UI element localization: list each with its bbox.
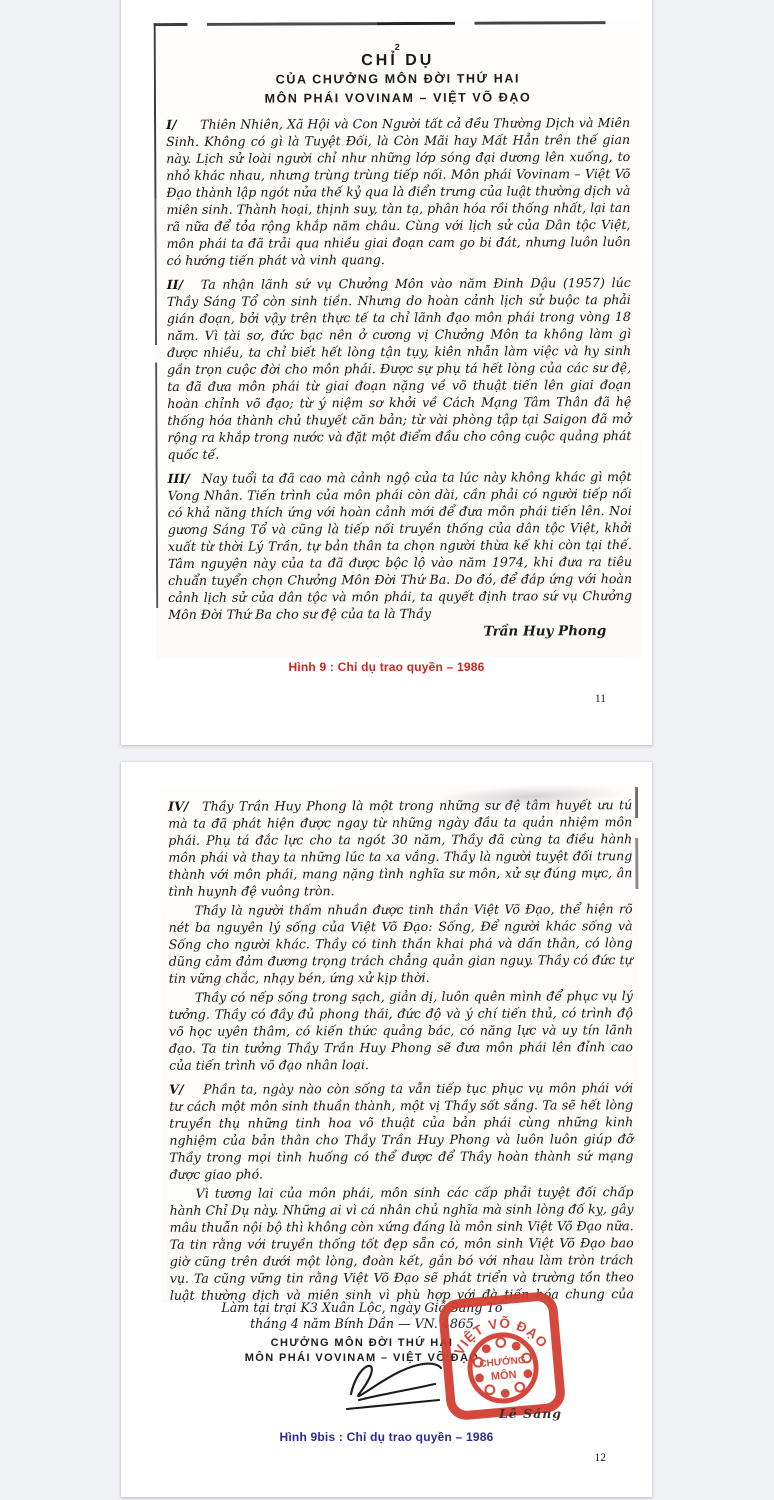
handwritten-paragraph-IV: IV/Thầy Trần Huy Phong là một trong nhữn…	[168, 796, 632, 900]
stamp-signed-name: Lê Sáng	[499, 1406, 562, 1421]
scanned-letter-page-2: IV/Thầy Trần Huy Phong là một trong nhữn…	[160, 785, 640, 1303]
stamp-center-line2: MÔN	[490, 1368, 517, 1383]
handwritten-paragraph-I: I/Thiên Nhiên, Xã Hội và Con Người tất c…	[166, 114, 631, 269]
section-numeral: V/	[169, 1081, 203, 1098]
section-numeral: I/	[166, 116, 200, 133]
stamp-center-line1: CHƯỞNG	[479, 1353, 526, 1370]
document-viewer: 2 CHỈ DỤ CỦA CHƯỞNG MÔN ĐỜI THỨ HAI MÔN …	[0, 0, 774, 1500]
handwritten-paragraph: Thầy là người thấm nhuần được tinh thần …	[169, 900, 633, 987]
scan-title-line2: CỦA CHƯỞNG MÔN ĐỜI THỨ HAI	[166, 69, 630, 90]
page-number: 11	[595, 693, 606, 705]
section-text: Nay tuổi ta đã cao mà cảnh ngộ của ta lú…	[168, 469, 633, 622]
figure-caption: Hình 9bis : Chỉ dụ trao quyền – 1986	[121, 1430, 652, 1444]
section-text: Thiên Nhiên, Xã Hội và Con Người tất cả …	[166, 115, 631, 268]
scan-title-line3: MÔN PHÁI VOVINAM – VIỆT VÕ ĐẠO	[166, 88, 630, 109]
scanned-letter-page-1: 2 CHỈ DỤ CỦA CHƯỞNG MÔN ĐỜI THỨ HAI MÔN …	[154, 21, 643, 659]
signature-tran-huy-phong: Trần Huy Phong	[168, 623, 632, 641]
handwritten-paragraph: Thầy có nếp sống trong sạch, giản dị, lu…	[169, 987, 633, 1074]
section-text: Thầy Trần Huy Phong là một trong những s…	[168, 797, 632, 899]
handwritten-paragraph-V: V/Phần ta, ngày nào còn sống ta vẫn tiếp…	[169, 1079, 633, 1183]
section-numeral: IV/	[168, 798, 202, 815]
section-numeral: II/	[167, 276, 201, 293]
handwritten-paragraph: Vì tương lai của môn phái, môn sinh các …	[169, 1183, 633, 1303]
section-text: Ta nhận lãnh sứ vụ Chưởng Môn vào năm Đi…	[167, 275, 632, 462]
section-numeral: III/	[168, 470, 202, 487]
section-text: Phần ta, ngày nào còn sống ta vẫn tiếp t…	[169, 1080, 633, 1182]
scan-title-line1: CHỈ DỤ	[166, 51, 630, 71]
pdf-page-11: 2 CHỈ DỤ CỦA CHƯỞNG MÔN ĐỜI THỨ HAI MÔN …	[121, 0, 652, 745]
figure-caption: Hình 9 : Chỉ dụ trao quyền – 1986	[121, 660, 652, 674]
pdf-page-12: IV/Thầy Trần Huy Phong là một trong nhữn…	[121, 762, 652, 1497]
handwritten-paragraph-III: III/Nay tuổi ta đã cao mà cảnh ngộ của t…	[168, 468, 633, 623]
chuong-mon-seal-stamp-icon: VIỆT VÕ ĐẠO CHƯỞNG MÔN	[436, 1287, 569, 1425]
handwritten-paragraph-II: II/Ta nhận lãnh sứ vụ Chưởng Môn vào năm…	[167, 274, 632, 463]
page-number: 12	[595, 1452, 607, 1464]
